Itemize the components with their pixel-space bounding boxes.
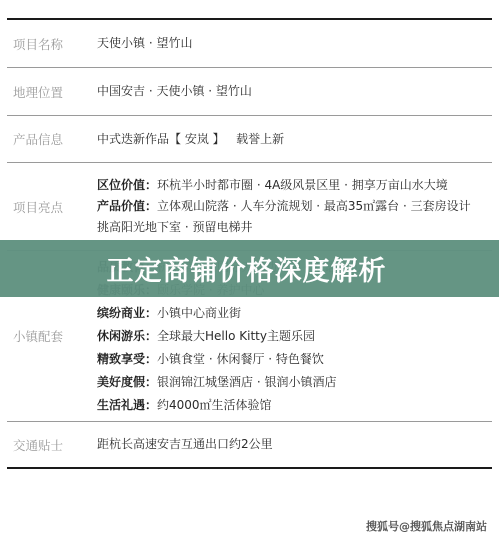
row-label: 项目亮点 (7, 198, 97, 216)
table-row-transport: 交通贴士 距杭长高速安吉互通出口约2公里 (7, 422, 492, 467)
row-label: 项目名称 (7, 35, 97, 53)
table-bottom-rule (7, 467, 492, 469)
row-label: 小镇配套 (7, 327, 97, 345)
row-value: 中国安吉 · 天使小镇 · 望竹山 (97, 81, 252, 102)
row-value: 区位价值：环杭半小时都市圈 · 4A级风景区里 · 拥享万亩山水大境 产品价值：… (97, 175, 471, 238)
row-value: 距杭长高速安吉互通出口约2公里 (97, 434, 273, 455)
table-row-project-name: 项目名称 天使小镇 · 望竹山 (7, 20, 492, 67)
row-value: 天使小镇 · 望竹山 (97, 33, 192, 54)
table-row-product-info: 产品信息 中式迭新作品【 安岚 】 载誉上新 (7, 116, 492, 162)
title-banner: 正定商铺价格深度解析 (0, 240, 499, 297)
row-label: 产品信息 (7, 130, 97, 148)
row-label: 地理位置 (7, 83, 97, 101)
table-row-location: 地理位置 中国安吉 · 天使小镇 · 望竹山 (7, 68, 492, 115)
row-value: 中式迭新作品【 安岚 】 载誉上新 (97, 129, 284, 150)
watermark: 搜狐号@搜狐焦点湖南站 (366, 518, 487, 534)
table-row-highlights: 项目亮点 区位价值：环杭半小时都市圈 · 4A级风景区里 · 拥享万亩山水大境 … (7, 163, 492, 250)
row-label: 交通贴士 (7, 436, 97, 454)
banner-title: 正定商铺价格深度解析 (107, 249, 387, 288)
